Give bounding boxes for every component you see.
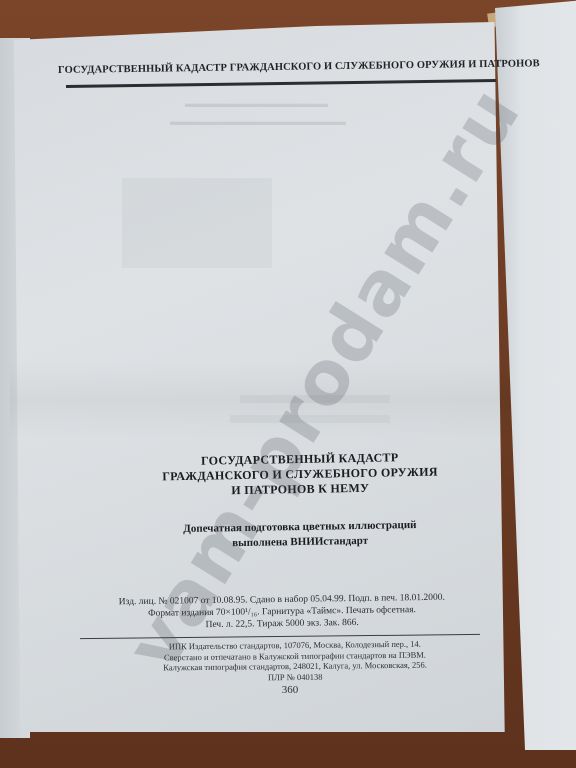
show-through-image	[122, 178, 272, 268]
show-through-text: ▬▬▬▬▬▬▬▬▬▬▬▬▬	[185, 98, 328, 110]
show-through-text: ▬▬▬▬▬▬▬▬▬▬▬▬▬▬▬▬	[170, 116, 346, 128]
page-number: 360	[270, 684, 310, 696]
